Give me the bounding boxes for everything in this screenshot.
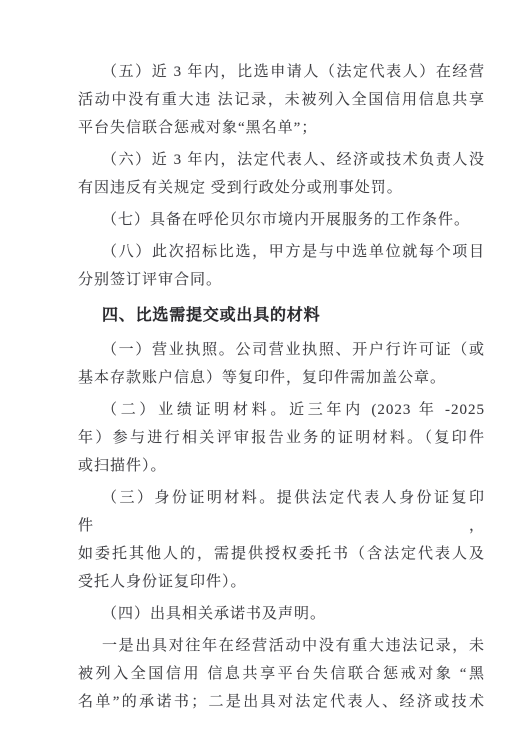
text-line: （四）出具相关承诺书及声明。 (78, 600, 485, 628)
text-line: 名单”的承诺书；二是出具对法定代表人、经济或技术 (78, 688, 485, 716)
text-line: 基本存款账户信息）等复印件，复印件需加盖公章。 (78, 364, 485, 392)
text-line: 受托人身份证复印件）。 (78, 568, 485, 596)
text-line: 分别签订评审合同。 (78, 266, 485, 294)
text-line: 或扫描件）。 (78, 452, 485, 480)
clause-8: （八）此次招标比选，甲方是与中选单位就每个项目分别签订评审合同。 (78, 238, 485, 294)
text-line: （二）业绩证明材料。近三年内 (2023 年 -2025 (78, 396, 485, 424)
clause-5: （五）近 3 年内，比选申请人（法定代表人）在经营活动中没有重大违 法记录，未被… (78, 58, 485, 142)
clause-6: （六）近 3 年内，法定代表人、经济或技术负责人没有因违反有关规定 受到行政处分… (78, 146, 485, 202)
text-line: 被列入全国信用 信息共享平台失信联合惩戒对象 “黑 (78, 660, 485, 688)
text-line: （六）近 3 年内，法定代表人、经济或技术负责人没 (78, 146, 485, 174)
document-page: （五）近 3 年内，比选申请人（法定代表人）在经营活动中没有重大违 法记录，未被… (0, 0, 520, 744)
text-line: （八）此次招标比选，甲方是与中选单位就每个项目 (78, 238, 485, 266)
text-line: （一）营业执照。公司营业执照、开户行许可证（或 (78, 336, 485, 364)
section-4-heading: 四、比选需提交或出具的材料 (78, 302, 485, 330)
text-line: （七）具备在呼伦贝尔市境内开展服务的工作条件。 (78, 206, 485, 234)
document-body: （五）近 3 年内，比选申请人（法定代表人）在经营活动中没有重大违 法记录，未被… (78, 58, 485, 720)
text-line: 如委托其他人的，需提供授权委托书（含法定代表人及 (78, 540, 485, 568)
material-4: （四）出具相关承诺书及声明。 (78, 600, 485, 628)
material-1: （一）营业执照。公司营业执照、开户行许可证（或基本存款账户信息）等复印件，复印件… (78, 336, 485, 392)
material-3: （三）身份证明材料。提供法定代表人身份证复印件，如委托其他人的，需提供授权委托书… (78, 484, 485, 596)
text-line: 四、比选需提交或出具的材料 (78, 302, 485, 330)
text-line: 一是出具对往年在经营活动中没有重大违法记录，未 (78, 632, 485, 660)
text-line: （五）近 3 年内，比选申请人（法定代表人）在经营 (78, 58, 485, 86)
text-line: 活动中没有重大违 法记录，未被列入全国信用信息共享 (78, 86, 485, 114)
text-line: 平台失信联合惩戒对象“黑名单”； (78, 114, 485, 142)
clause-7: （七）具备在呼伦贝尔市境内开展服务的工作条件。 (78, 206, 485, 234)
text-line: 有因违反有关规定 受到行政处分或刑事处罚。 (78, 174, 485, 202)
material-2: （二）业绩证明材料。近三年内 (2023 年 -2025年）参与进行相关评审报告… (78, 396, 485, 480)
material-4-detail: 一是出具对往年在经营活动中没有重大违法记录，未被列入全国信用 信息共享平台失信联… (78, 632, 485, 716)
text-line: 年）参与进行相关评审报告业务的证明材料。（复印件 (78, 424, 485, 452)
text-line: （三）身份证明材料。提供法定代表人身份证复印件， (78, 484, 485, 540)
